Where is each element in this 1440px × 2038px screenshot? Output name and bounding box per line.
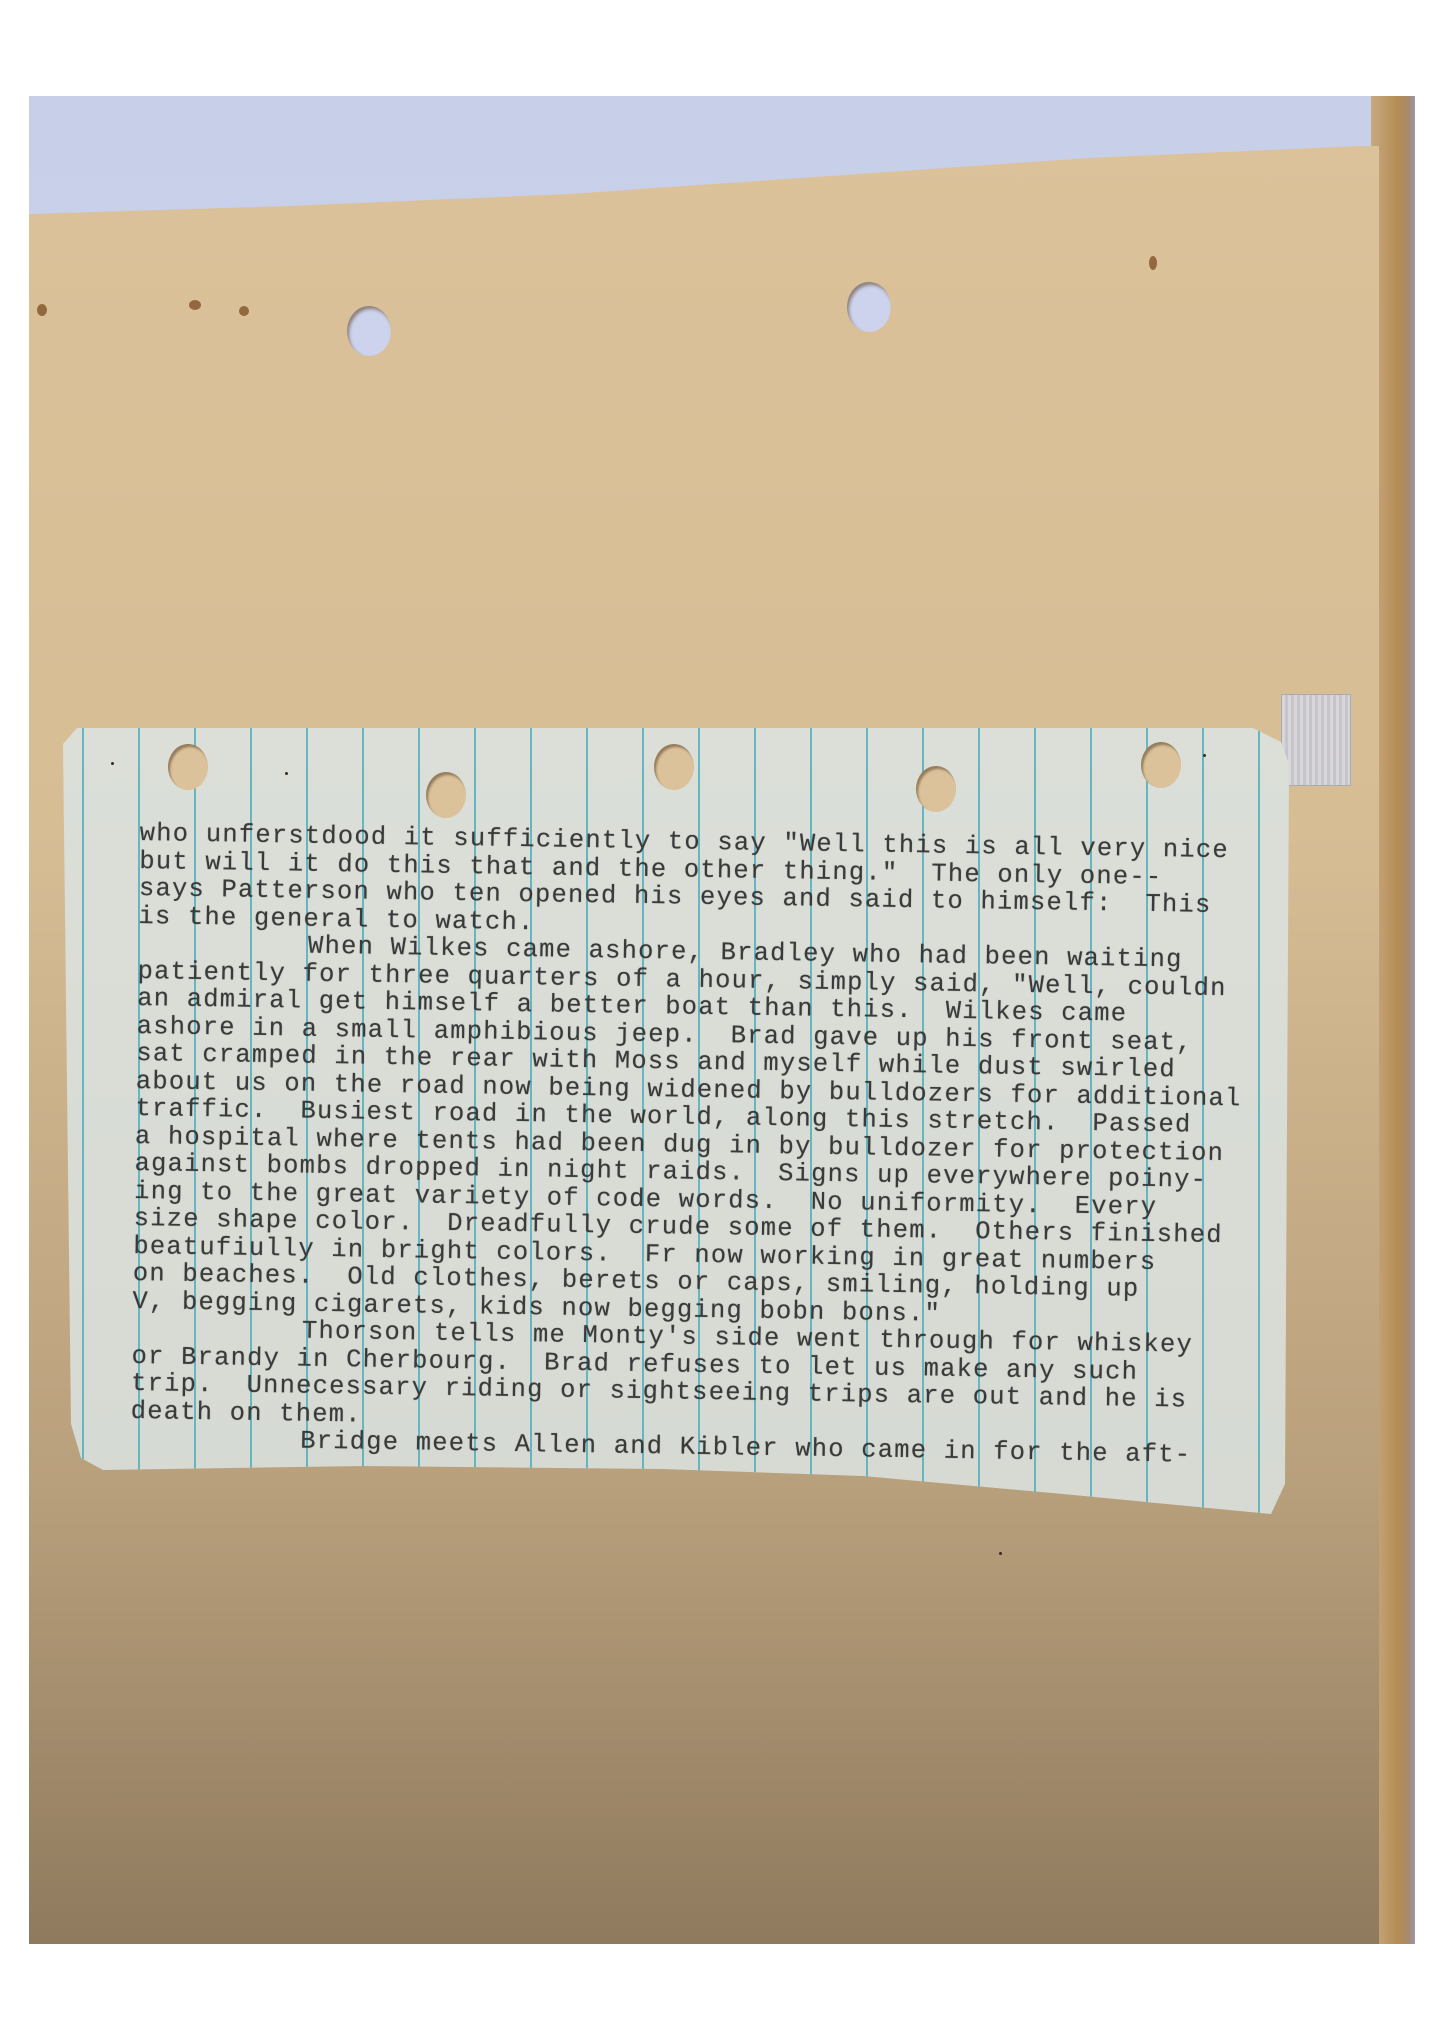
speck [999, 1552, 1002, 1555]
punch-hole [847, 282, 891, 332]
rust-stain [1149, 256, 1157, 270]
card-punch-hole [654, 744, 694, 790]
card-punch-hole [916, 766, 956, 812]
card-punch-hole [1141, 742, 1181, 788]
rust-stain [189, 300, 201, 310]
speck [1203, 754, 1206, 757]
punch-hole [347, 306, 391, 356]
speck [285, 772, 288, 775]
card-punch-hole [426, 772, 466, 818]
rust-stain [239, 306, 249, 316]
card-punch-hole [168, 744, 208, 790]
speck [111, 762, 114, 765]
rust-stain [37, 304, 47, 316]
typewritten-text: who unferstdood it sufficiently to say "… [130, 820, 1290, 1470]
adhesive-tape [1281, 694, 1351, 786]
